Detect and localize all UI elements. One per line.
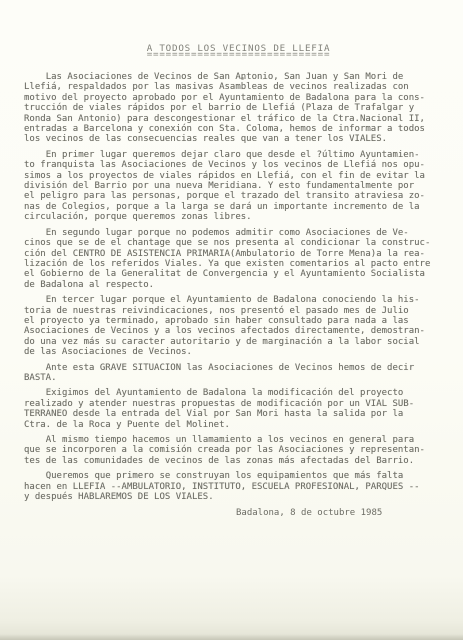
letter-paragraph-closing: Queremos que primero se construyan los e… (24, 471, 439, 502)
scan-bottom-shadow (0, 634, 463, 640)
letter-paragraph-first-point: En primer lugar queremos dejar claro que… (24, 150, 439, 223)
scanned-letter-page: A TODOS LOS VECINOS DE LLEFIA ==========… (0, 0, 463, 640)
letter-body: Las Asociaciones de Vecinos de San Anton… (0, 58, 463, 519)
letter-paragraph-call-to-neighbors: Al mismo tiempo hacemos un llamamiento a… (24, 435, 439, 466)
letter-paragraph-demand: Exigimos del Ayuntamiento de Badalona la… (24, 388, 439, 430)
ink-speck (241, 77, 244, 80)
letter-title-block: A TODOS LOS VECINOS DE LLEFIA ==========… (14, 0, 463, 58)
letter-paragraph-intro: Las Asociaciones de Vecinos de San Anton… (24, 72, 439, 145)
letter-paragraph-third-point: En tercer lugar porque el Ayuntamiento d… (24, 295, 439, 357)
letter-paragraph-basta: Ante esta GRAVE SITUACION las Asociacion… (24, 363, 439, 384)
letter-dateline: Badalona, 8 de octubre 1985 (236, 508, 439, 518)
letter-paragraph-second-point: En segundo lugar porque no podemos admit… (24, 228, 439, 290)
